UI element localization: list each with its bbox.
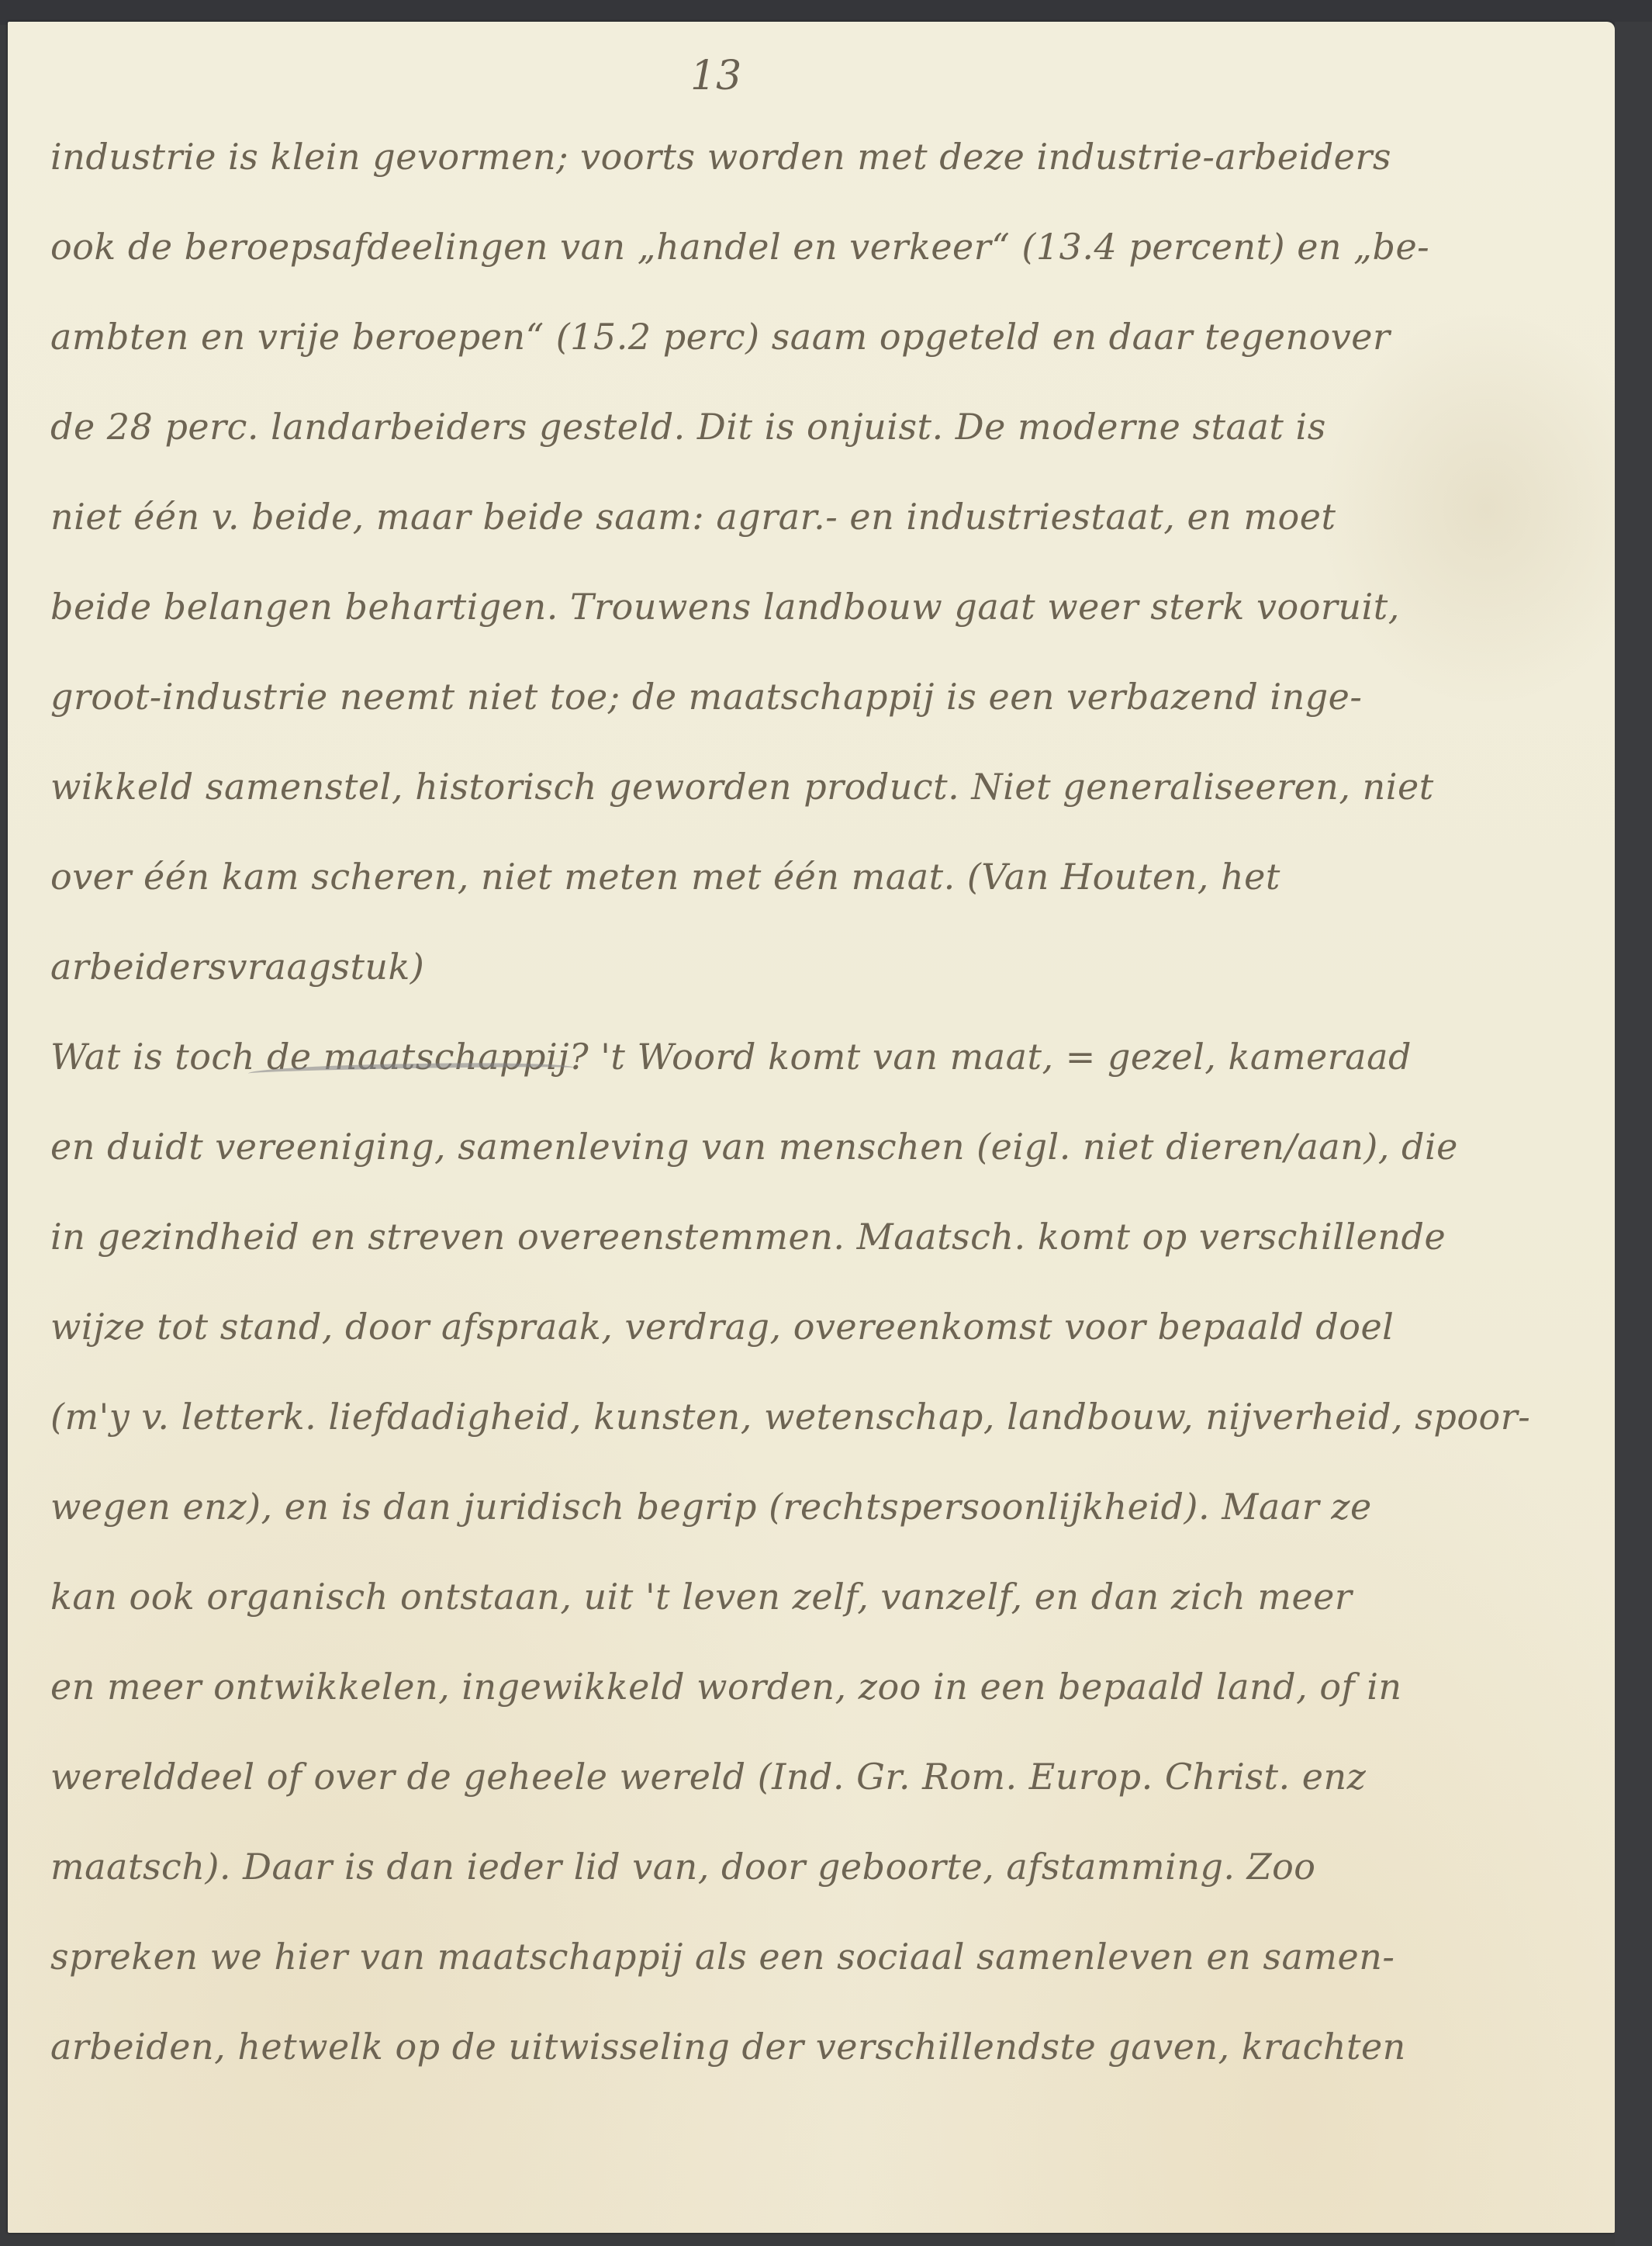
text-line: spreken we hier van maatschappij als een… xyxy=(50,1895,1594,1985)
text-line: beide belangen behartigen. Trouwens land… xyxy=(50,545,1594,635)
text-line: in gezindheid en streven overeenstemmen.… xyxy=(50,1175,1594,1265)
text-line: (m'y v. letterk. liefdadigheid, kunsten,… xyxy=(50,1355,1594,1445)
scan-backdrop-right xyxy=(1615,22,1652,2246)
text-line: wegen enz), en is dan juridisch begrip (… xyxy=(50,1445,1594,1535)
text-line: niet één v. beide, maar beide saam: agra… xyxy=(50,455,1594,545)
text-line: en duidt vereeniging, samenleving van me… xyxy=(50,1085,1594,1175)
text-line: ook de beroepsafdeelingen van „handel en… xyxy=(50,185,1594,275)
text-line: industrie is klein gevormen; voorts word… xyxy=(50,95,1594,185)
text-line: arbeidersvraagstuk) xyxy=(50,905,1594,995)
text-line: wikkeld samenstel, historisch geworden p… xyxy=(50,725,1594,815)
manuscript-page: 13 industrie is klein gevormen; voorts w… xyxy=(8,22,1615,2233)
text-line: arbeiden, hetwelk op de uitwisseling der… xyxy=(50,1985,1594,2075)
page-number: 13 xyxy=(690,53,741,99)
manuscript-text: industrie is klein gevormen; voorts word… xyxy=(50,95,1594,2075)
text-line: de 28 perc. landarbeiders gesteld. Dit i… xyxy=(50,365,1594,455)
text-line: groot-industrie neemt niet toe; de maats… xyxy=(50,635,1594,725)
text-line: ambten en vrije beroepen“ (15.2 perc) sa… xyxy=(50,275,1594,365)
text-line: wijze tot stand, door afspraak, verdrag,… xyxy=(50,1265,1594,1355)
text-line: maatsch). Daar is dan ieder lid van, doo… xyxy=(50,1805,1594,1895)
text-line: werelddeel of over de geheele wereld (In… xyxy=(50,1715,1594,1805)
text-line: en meer ontwikkelen, ingewikkeld worden,… xyxy=(50,1625,1594,1715)
text-line-underlined: Wat is toch de maatschappij? 't Woord ko… xyxy=(50,995,1594,1085)
text-line: over één kam scheren, niet meten met één… xyxy=(50,815,1594,905)
text-line: kan ook organisch ontstaan, uit 't leven… xyxy=(50,1535,1594,1625)
